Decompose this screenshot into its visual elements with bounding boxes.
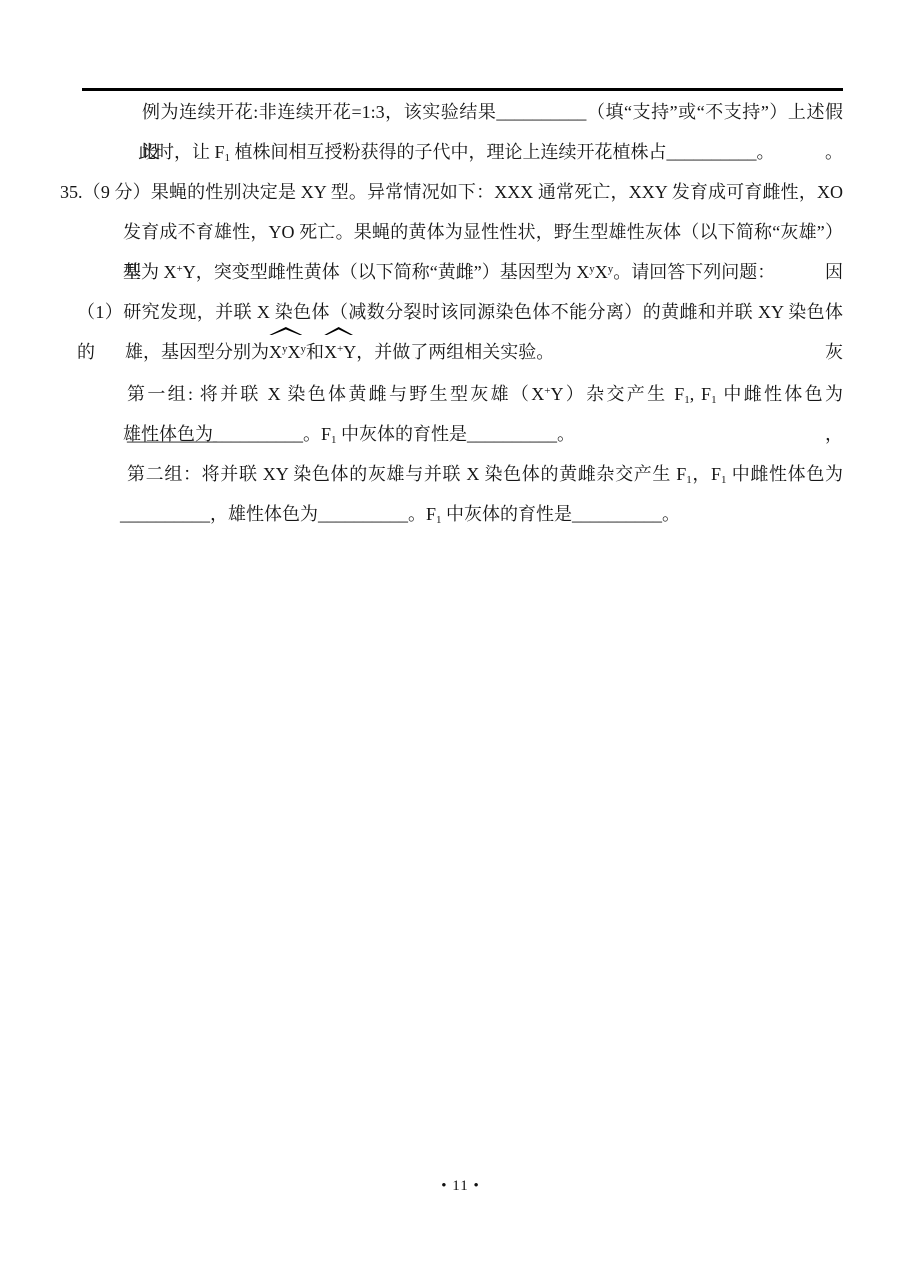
- q35-part1: （1）研究发现，并联 X 染色体（减数分裂时该同源染色体不能分离）的黄雌和并联 …: [60, 292, 843, 372]
- superscript: y: [589, 263, 595, 275]
- superscript: +: [177, 263, 183, 275]
- superscript: y: [608, 263, 614, 275]
- header-divider-line: [82, 88, 843, 91]
- superscript: y: [301, 343, 307, 355]
- text-line: 例为连续开花:非连续开花=1:3，该实验结果__________（填“支持”或“…: [142, 92, 843, 132]
- document-body: 例为连续开花:非连续开花=1:3，该实验结果__________（填“支持”或“…: [60, 92, 843, 534]
- q35-group2: 第二组：将并联 XY 染色体的灰雄与并联 X 染色体的黄雌杂交产生 F1，F1 …: [60, 454, 843, 534]
- attached-chromosome-arc-group: X+Y: [324, 332, 356, 372]
- text-line: 35.（9 分）果蝇的性别决定是 XY 型。异常情况如下：XXX 通常死亡，XX…: [60, 172, 843, 212]
- page-number: • 11 •: [0, 1178, 921, 1195]
- text-line: 第一组: 将并联 X 染色体黄雌与野生型灰雄（X+Y）杂交产生 F1, F1 中…: [127, 374, 843, 414]
- superscript: +: [337, 343, 343, 355]
- subscript: 1: [711, 394, 717, 406]
- subscript: 1: [225, 152, 231, 164]
- subscript: 1: [686, 474, 692, 486]
- q35-group1: 第一组: 将并联 X 染色体黄雌与野生型灰雄（X+Y）杂交产生 F1, F1 中…: [60, 374, 843, 454]
- superscript: y: [282, 343, 288, 355]
- exam-page: { "page": { "footer_page_number": "• 11 …: [0, 0, 921, 1276]
- subscript: 1: [331, 434, 337, 446]
- subscript: 1: [684, 394, 690, 406]
- q34-continuation: 例为连续开花:非连续开花=1:3，该实验结果__________（填“支持”或“…: [60, 92, 843, 172]
- text-line: 型为 X+Y，突变型雌性黄体（以下简称“黄雌”）基因型为 XyXy。请回答下列问…: [123, 252, 843, 292]
- text-line: 发育成不育雄性，YO 死亡。果蝇的黄体为显性性状，野生型雄性灰体（以下简称“灰雄…: [123, 212, 843, 252]
- text-line: __________，雄性体色为__________。F1 中灰体的育性是___…: [120, 494, 843, 534]
- text-line: 此时，让 F1 植株间相互授粉获得的子代中，理论上连续开花植株占________…: [138, 132, 843, 172]
- subscript: 1: [721, 474, 727, 486]
- subscript: 1: [436, 514, 442, 526]
- attached-chromosome-arc-group: XyXy: [269, 332, 306, 372]
- q35-intro: 35.（9 分）果蝇的性别决定是 XY 型。异常情况如下：XXX 通常死亡，XX…: [60, 172, 843, 292]
- superscript: +: [544, 385, 550, 397]
- text-line: 第二组：将并联 XY 染色体的灰雄与并联 X 染色体的黄雌杂交产生 F1，F1 …: [127, 454, 843, 494]
- text-line: （1）研究发现，并联 X 染色体（减数分裂时该同源染色体不能分离）的黄雌和并联 …: [77, 292, 843, 332]
